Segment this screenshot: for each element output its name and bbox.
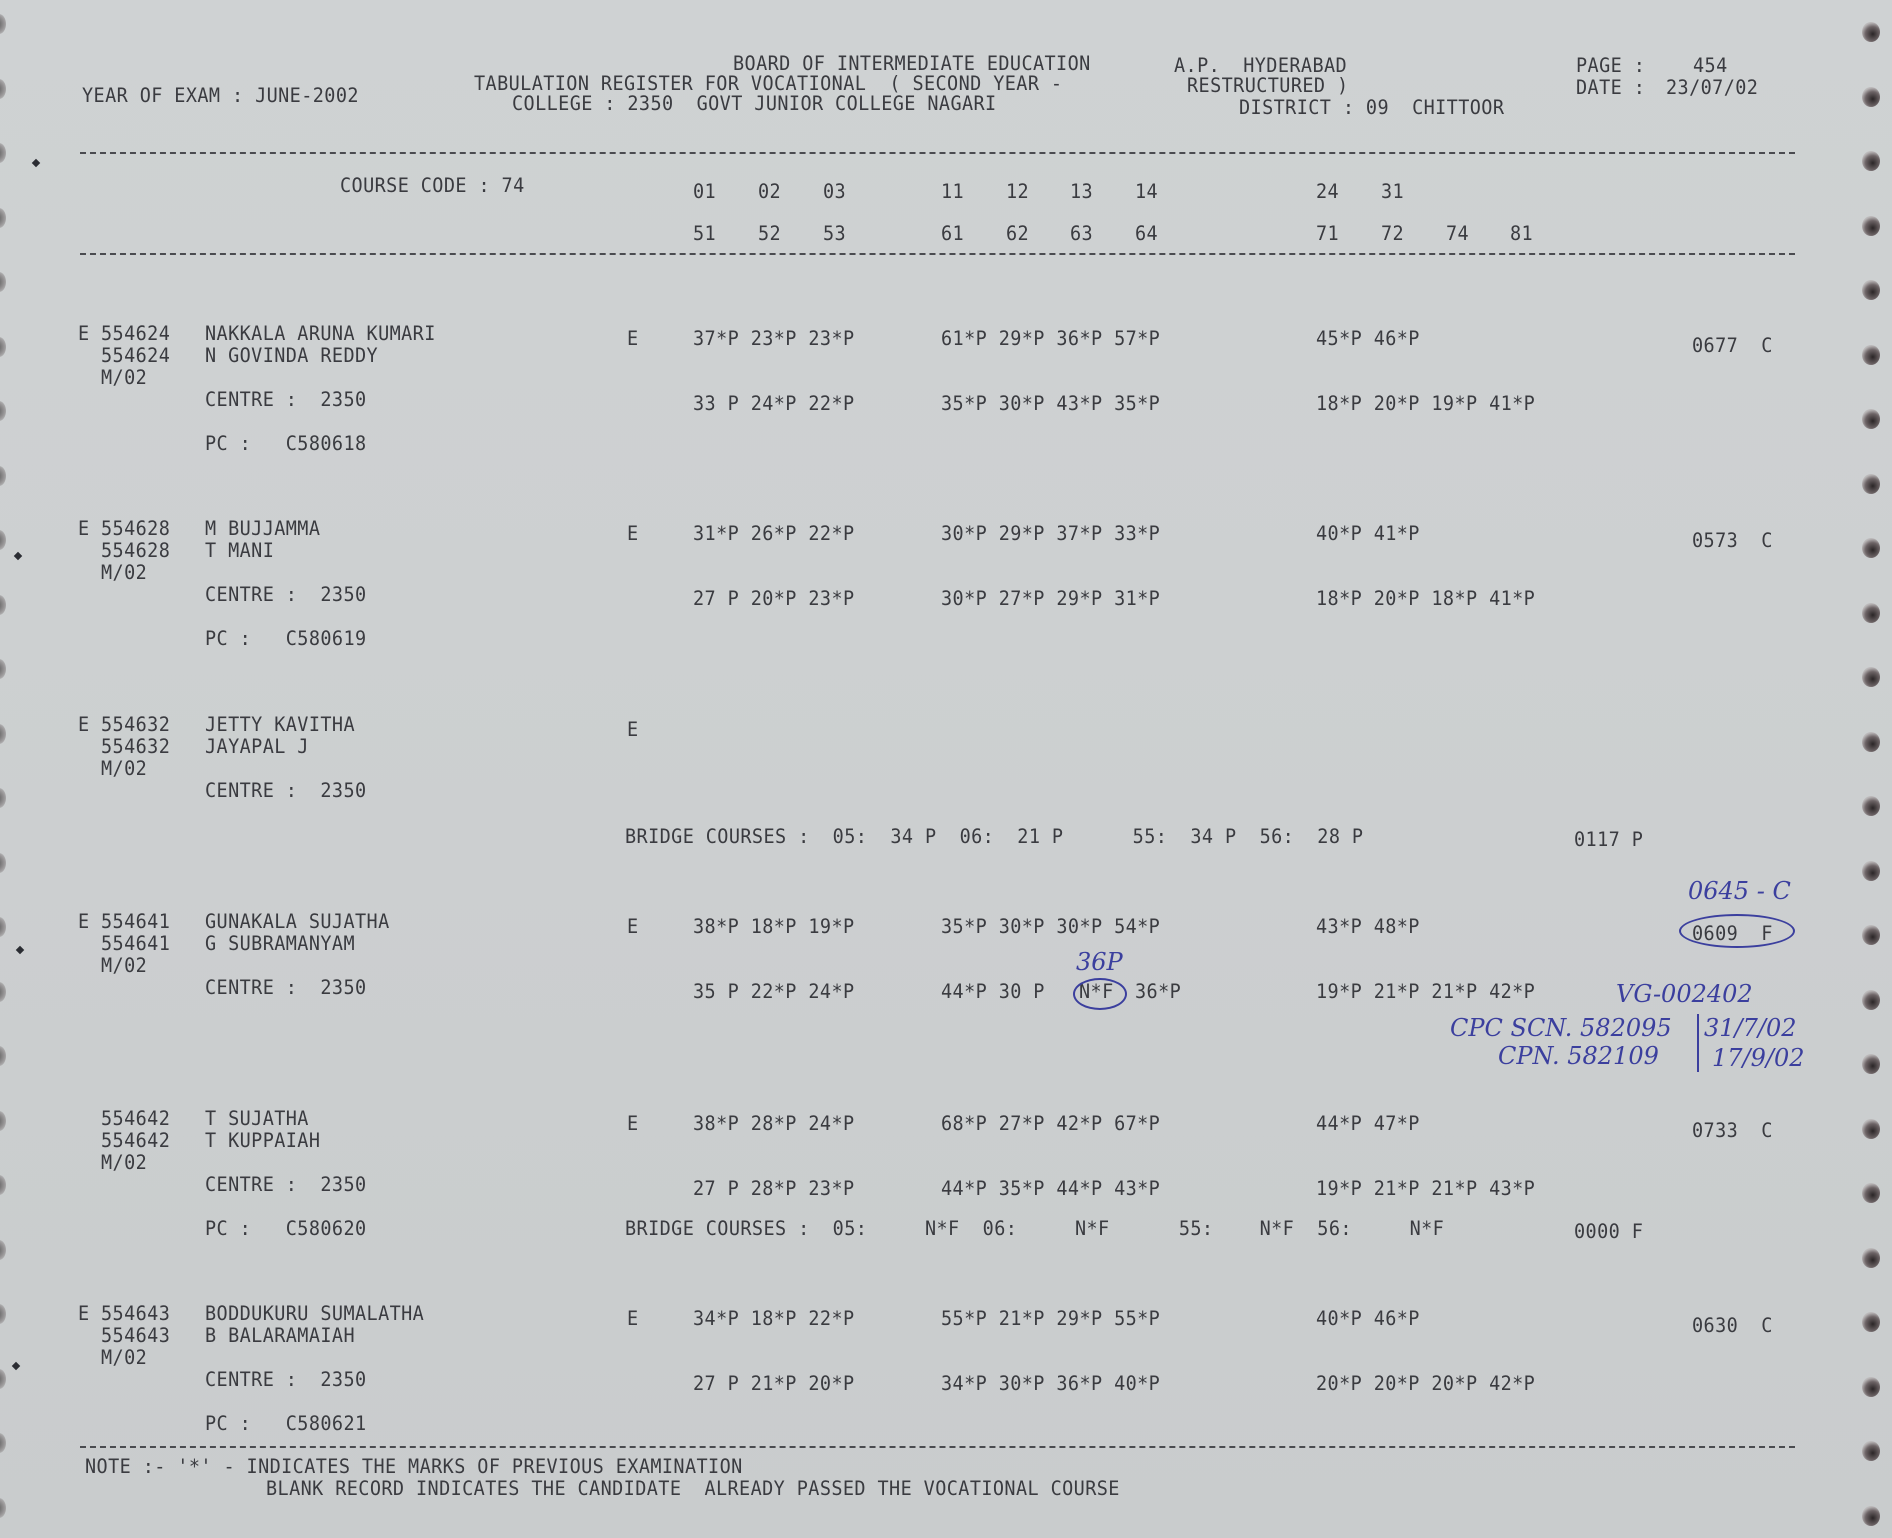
punch-hole (1862, 1183, 1880, 1203)
register-number: 554628 (101, 521, 170, 540)
subject-code-header: 52 (758, 226, 781, 245)
punch-hole (1862, 22, 1880, 42)
marks-group-2: 68*P 27*P 42*P 67*P (941, 1116, 1160, 1135)
exam-session: M/02 (101, 370, 147, 389)
exam-centre: CENTRE : 2350 (205, 980, 367, 999)
punch-hole (0, 1304, 6, 1324)
register-title: TABULATION REGISTER FOR VOCATIONAL ( SEC… (474, 76, 1062, 95)
punch-hole (1862, 925, 1880, 945)
total-result: 0733 C (1692, 1123, 1773, 1142)
exam-session: M/02 (101, 1350, 147, 1369)
punch-hole (1862, 1441, 1880, 1461)
register-number: 554643 (101, 1306, 170, 1325)
candidate-name: M BUJJAMMA (205, 521, 320, 540)
divider (80, 253, 1795, 255)
punch-hole (1862, 216, 1880, 236)
punch-hole (1862, 1506, 1880, 1526)
marks-group-1: 34*P 18*P 22*P (693, 1311, 855, 1330)
hall-ticket-number: 554628 (101, 543, 170, 562)
marks-group-1: 27 P 28*P 23*P (693, 1181, 855, 1200)
date-label: DATE : (1576, 80, 1645, 99)
record-flag: E (78, 326, 90, 345)
subject-code-header: 81 (1510, 226, 1533, 245)
candidate-name: GUNAKALA SUJATHA (205, 914, 390, 933)
exam-centre: CENTRE : 2350 (205, 783, 367, 802)
marks-group-2: 34*P 30*P 36*P 40*P (941, 1376, 1160, 1395)
punch-hole (1862, 409, 1880, 429)
year-of-exam: YEAR OF EXAM : JUNE-2002 (82, 88, 359, 107)
punch-hole (0, 1240, 6, 1260)
punch-hole (0, 595, 6, 615)
subject-code-header: 63 (1070, 226, 1093, 245)
subject-code-header: 51 (693, 226, 716, 245)
board-location: A.P. HYDERABAD (1174, 58, 1347, 77)
exam-centre: CENTRE : 2350 (205, 587, 367, 606)
subject-code-header: 72 (1381, 226, 1404, 245)
marks-group-3: 45*P 46*P (1316, 331, 1420, 350)
pen-bracket (1697, 1014, 1699, 1072)
marks-group-2: 30*P 29*P 37*P 33*P (941, 526, 1160, 545)
tick-mark (32, 159, 40, 167)
medium-code: E (627, 1116, 639, 1135)
marks-group-2: 35*P 30*P 43*P 35*P (941, 396, 1160, 415)
total-result: 0630 C (1692, 1318, 1773, 1337)
punch-hole (1862, 1312, 1880, 1332)
tick-mark (16, 946, 24, 954)
handwritten-revised-mark: 36P (1076, 950, 1123, 974)
register-number: 554642 (101, 1111, 170, 1130)
marks-group-3: 19*P 21*P 21*P 43*P (1316, 1181, 1535, 1200)
pc-number: PC : C580618 (205, 436, 367, 455)
footer-note-asterisk: NOTE :- '*' - INDICATES THE MARKS OF PRE… (85, 1459, 743, 1478)
tabulation-register-page: BOARD OF INTERMEDIATE EDUCATION A.P. HYD… (0, 0, 1892, 1538)
marks-group-2: 55*P 21*P 29*P 55*P (941, 1311, 1160, 1330)
course-code: COURSE CODE : 74 (340, 178, 525, 197)
subject-code-header: 53 (823, 226, 846, 245)
pen-circle (1073, 978, 1127, 1010)
medium-code: E (627, 331, 639, 350)
punch-hole (1862, 732, 1880, 752)
marks-group-2: 44*P 35*P 44*P 43*P (941, 1181, 1160, 1200)
exam-session: M/02 (101, 1155, 147, 1174)
punch-hole (0, 1046, 6, 1066)
punch-hole (1862, 861, 1880, 881)
subject-code-header: 01 (693, 184, 716, 203)
pc-number: PC : C580619 (205, 631, 367, 650)
punch-hole (1862, 990, 1880, 1010)
marks-group-3: 44*P 47*P (1316, 1116, 1420, 1135)
marks-group-3: 43*P 48*P (1316, 919, 1420, 938)
pc-number: PC : C580620 (205, 1221, 367, 1240)
subject-code-header: 71 (1316, 226, 1339, 245)
board-title: BOARD OF INTERMEDIATE EDUCATION (733, 56, 1091, 75)
page-label: PAGE : (1576, 58, 1645, 77)
exam-session: M/02 (101, 565, 147, 584)
college-info: COLLEGE : 2350 GOVT JUNIOR COLLEGE NAGAR… (512, 96, 997, 115)
punch-hole (0, 724, 6, 744)
tick-mark (12, 1362, 20, 1370)
father-name: JAYAPAL J (205, 739, 309, 758)
father-name: T KUPPAIAH (205, 1133, 320, 1152)
punch-hole (1862, 151, 1880, 171)
bridge-courses: BRIDGE COURSES : 05: N*F 06: N*F 55: N*F… (625, 1221, 1444, 1240)
marks-group-1: 27 P 21*P 20*P (693, 1376, 855, 1395)
hall-ticket-number: 554624 (101, 348, 170, 367)
hall-ticket-number: 554642 (101, 1133, 170, 1152)
punch-hole (1862, 1054, 1880, 1074)
subject-code-header: 24 (1316, 184, 1339, 203)
punch-hole (1862, 87, 1880, 107)
register-number: 554641 (101, 914, 170, 933)
marks-group-3: 18*P 20*P 19*P 41*P (1316, 396, 1535, 415)
marks-group-2: 30*P 27*P 29*P 31*P (941, 591, 1160, 610)
total-result: 0677 C (1692, 338, 1773, 357)
punch-hole (1862, 667, 1880, 687)
marks-group-3: 20*P 20*P 20*P 42*P (1316, 1376, 1535, 1395)
father-name: N GOVINDA REDDY (205, 348, 378, 367)
punch-hole (0, 466, 6, 486)
subject-code-header: 64 (1135, 226, 1158, 245)
record-flag: E (78, 717, 90, 736)
marks-group-2: 36*P (1135, 984, 1181, 1003)
punch-hole (0, 79, 6, 99)
exam-centre: CENTRE : 2350 (205, 1372, 367, 1391)
medium-code: E (627, 1311, 639, 1330)
marks-group-2: 44*P 30 P (941, 984, 1045, 1003)
punch-hole (0, 853, 6, 873)
subject-code-header: 31 (1381, 184, 1404, 203)
father-name: G SUBRAMANYAM (205, 936, 355, 955)
exam-centre: CENTRE : 2350 (205, 1177, 367, 1196)
divider (80, 1446, 1795, 1448)
father-name: T MANI (205, 543, 274, 562)
marks-group-1: 37*P 23*P 23*P (693, 331, 855, 350)
punch-hole (1862, 474, 1880, 494)
exam-session: M/02 (101, 761, 147, 780)
marks-group-3: 18*P 20*P 18*P 41*P (1316, 591, 1535, 610)
candidate-name: NAKKALA ARUNA KUMARI (205, 326, 436, 345)
punch-hole (0, 143, 6, 163)
marks-group-3: 40*P 41*P (1316, 526, 1420, 545)
marks-group-1: 38*P 28*P 24*P (693, 1116, 855, 1135)
marks-group-1: 27 P 20*P 23*P (693, 591, 855, 610)
hall-ticket-number: 554641 (101, 936, 170, 955)
marks-group-1: 35 P 22*P 24*P (693, 984, 855, 1003)
marks-group-1: 33 P 24*P 22*P (693, 396, 855, 415)
marks-group-1: 38*P 18*P 19*P (693, 919, 855, 938)
pc-number: PC : C580621 (205, 1416, 367, 1435)
district-info: DISTRICT : 09 CHITTOOR (1239, 100, 1504, 119)
pen-circle (1679, 914, 1795, 948)
subject-code-header: 14 (1135, 184, 1158, 203)
punch-hole (0, 401, 6, 421)
punch-hole (0, 982, 6, 1002)
handwritten-date: 31/7/02 (1704, 1016, 1797, 1040)
punch-hole (0, 1175, 6, 1195)
punch-hole (0, 530, 6, 550)
record-flag: E (78, 914, 90, 933)
punch-hole (1862, 345, 1880, 365)
register-number: 554632 (101, 717, 170, 736)
punch-hole (1862, 796, 1880, 816)
punch-hole (0, 788, 6, 808)
page-number: 454 (1693, 58, 1728, 77)
punch-hole (1862, 603, 1880, 623)
bridge-total: 0000 F (1574, 1224, 1643, 1243)
tick-mark (14, 552, 22, 560)
candidate-name: T SUJATHA (205, 1111, 309, 1130)
medium-code: E (627, 722, 639, 741)
subject-code-header: 11 (941, 184, 964, 203)
exam-centre: CENTRE : 2350 (205, 392, 367, 411)
punch-hole (0, 659, 6, 679)
punch-hole (0, 1369, 6, 1389)
bridge-total: 0117 P (1574, 832, 1643, 851)
punch-hole (0, 14, 6, 34)
footer-note-blank-record: BLANK RECORD INDICATES THE CANDIDATE ALR… (266, 1481, 1120, 1500)
father-name: B BALARAMAIAH (205, 1328, 355, 1347)
total-result: 0573 C (1692, 533, 1773, 552)
hall-ticket-number: 554632 (101, 739, 170, 758)
subject-code-header: 02 (758, 184, 781, 203)
medium-code: E (627, 919, 639, 938)
subject-code-header: 13 (1070, 184, 1093, 203)
punch-hole (1862, 538, 1880, 558)
punch-hole (1862, 1248, 1880, 1268)
subject-code-header: 12 (1006, 184, 1029, 203)
subject-code-header: 62 (1006, 226, 1029, 245)
punch-hole (0, 208, 6, 228)
register-number: 554624 (101, 326, 170, 345)
punch-hole (1862, 1119, 1880, 1139)
subject-code-header: 61 (941, 226, 964, 245)
punch-hole (1862, 1377, 1880, 1397)
marks-group-3: 40*P 46*P (1316, 1311, 1420, 1330)
exam-session: M/02 (101, 958, 147, 977)
divider (80, 152, 1795, 154)
marks-group-1: 31*P 26*P 22*P (693, 526, 855, 545)
bridge-courses: BRIDGE COURSES : 05: 34 P 06: 21 P 55: 3… (625, 829, 1363, 848)
marks-group-2: 61*P 29*P 36*P 57*P (941, 331, 1160, 350)
candidate-name: JETTY KAVITHA (205, 717, 355, 736)
candidate-name: BODDUKURU SUMALATHA (205, 1306, 424, 1325)
handwritten-date: 17/9/02 (1712, 1046, 1805, 1070)
punch-hole (0, 1498, 6, 1518)
punch-hole (0, 272, 6, 292)
punch-hole (0, 337, 6, 357)
punch-hole (1862, 280, 1880, 300)
medium-code: E (627, 526, 639, 545)
punch-hole (0, 917, 6, 937)
punch-hole (0, 1433, 6, 1453)
record-flag: E (78, 521, 90, 540)
print-date: 23/07/02 (1666, 80, 1758, 99)
restructured-label: RESTRUCTURED ) (1187, 78, 1349, 97)
handwritten-revised-total: 0645 - C (1688, 879, 1791, 903)
subject-code-header: 74 (1446, 226, 1469, 245)
handwritten-reference: VG-002402 (1616, 982, 1753, 1006)
hall-ticket-number: 554643 (101, 1328, 170, 1347)
handwritten-note: CPC SCN. 582095 (1450, 1016, 1672, 1040)
punch-hole (0, 1111, 6, 1131)
handwritten-note: CPN. 582109 (1498, 1044, 1659, 1068)
record-flag: E (78, 1306, 90, 1325)
marks-group-2: 35*P 30*P 30*P 54*P (941, 919, 1160, 938)
subject-code-header: 03 (823, 184, 846, 203)
marks-group-3: 19*P 21*P 21*P 42*P (1316, 984, 1535, 1003)
